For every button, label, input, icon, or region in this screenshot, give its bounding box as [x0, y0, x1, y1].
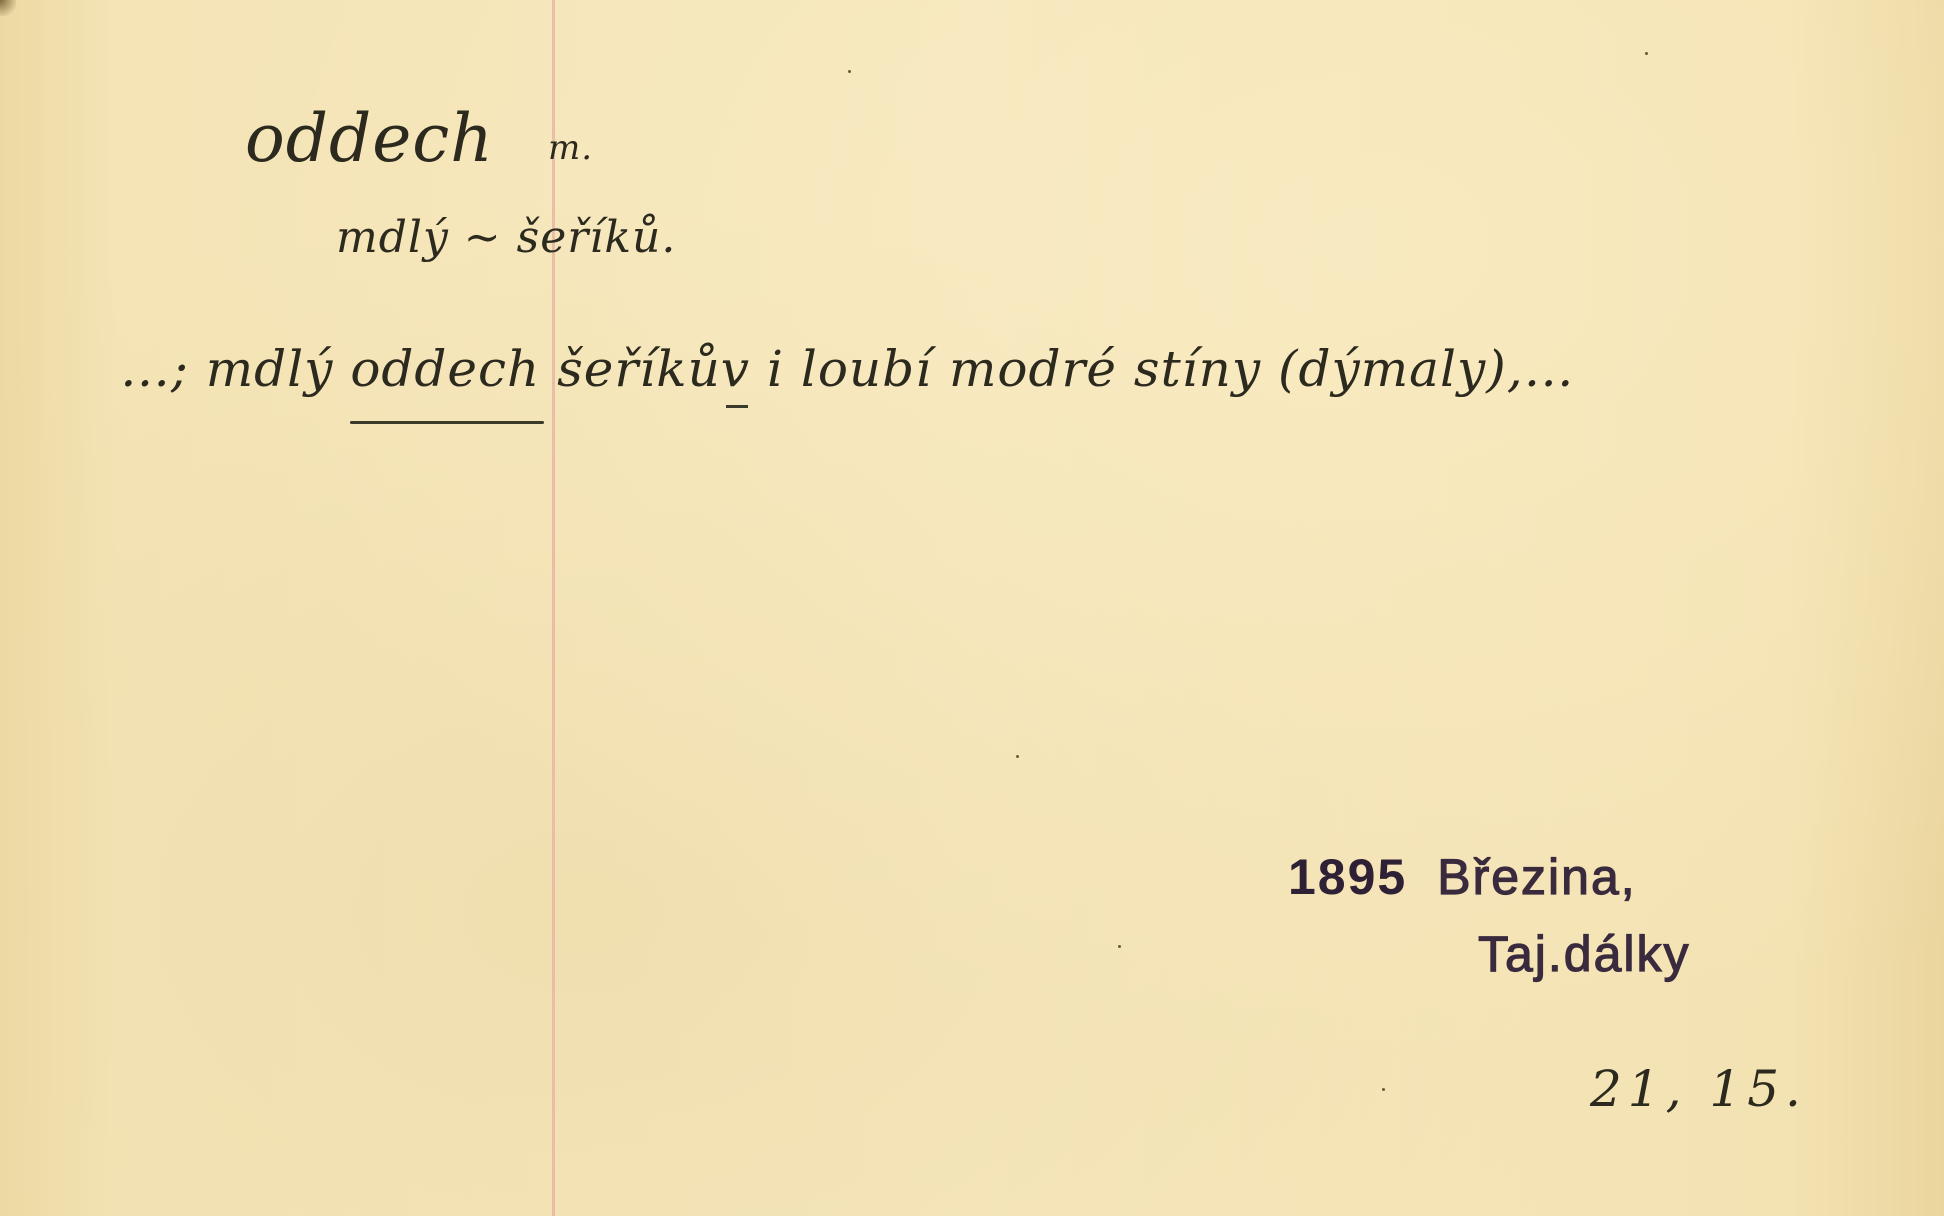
quotation-middle: šeříkův	[557, 340, 750, 398]
paper-speck	[1382, 1088, 1385, 1091]
stamp-work: Taj.dálky	[1478, 925, 1691, 983]
grammatical-gender: m.	[548, 128, 593, 168]
page-reference: 21, 15.	[1590, 1060, 1807, 1118]
quotation-prefix: …; mdlý	[120, 340, 333, 398]
paper-speck	[1645, 52, 1648, 55]
headword: oddech	[245, 100, 494, 177]
index-card: oddech m. mdlý ~ šeříků. …; mdlý oddech …	[0, 0, 1944, 1216]
quotation: …; mdlý oddech šeříkův i loubí modré stí…	[120, 340, 1575, 398]
paper-speck	[1118, 945, 1121, 948]
paper-speck	[848, 70, 851, 73]
quotation-suffix: i loubí modré stíny (dýmaly),…	[767, 340, 1575, 398]
source-stamp-line1: 1895Březina,	[1288, 848, 1637, 906]
corner-stain	[0, 0, 16, 16]
collocation: mdlý ~ šeříků.	[336, 212, 676, 263]
quotation-keyword: oddech	[350, 340, 540, 398]
stamp-year: 1895	[1288, 849, 1407, 905]
stamp-author: Březina,	[1437, 849, 1636, 905]
margin-line	[552, 0, 555, 1216]
paper-speck	[1016, 755, 1019, 758]
